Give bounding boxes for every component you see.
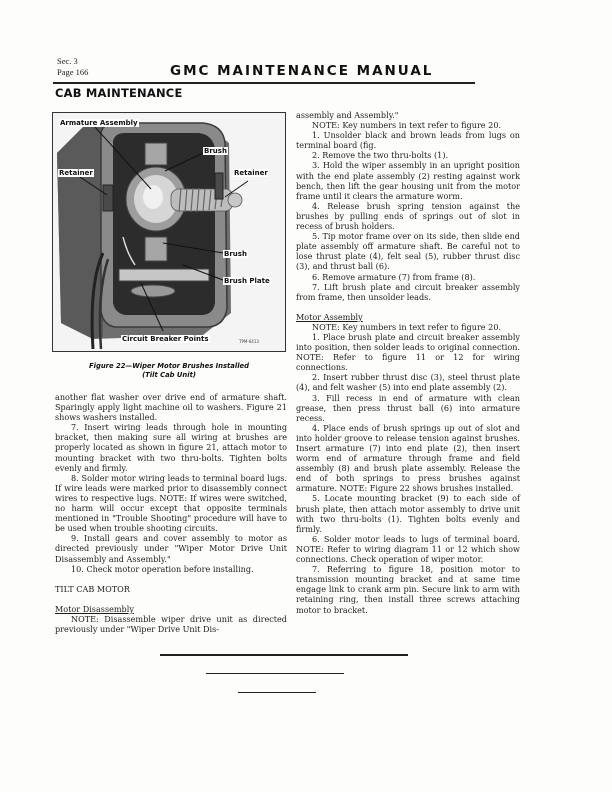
assembly-step-5: 5. Locate mounting bracket (9) to each s…: [296, 493, 520, 533]
figure-code: TPM-6413: [239, 339, 259, 344]
assembly-step-7: 7. Referring to figure 18, position moto…: [296, 564, 520, 614]
header-rule: [53, 82, 475, 84]
step-8: 8. Solder motor wiring leads to terminal…: [55, 473, 287, 534]
figure-caption: Figure 22—Wiper Motor Brushes Installed …: [52, 362, 286, 379]
label-brush-bottom: Brush: [223, 250, 248, 258]
end-rule-short: [238, 692, 316, 693]
disassembly-step-2: 2. Remove the two thru-bolts (1).: [296, 150, 520, 160]
motor-assembly-heading: Motor Assembly: [296, 312, 520, 322]
disassembly-note: NOTE: Disassemble wiper drive unit as di…: [55, 614, 287, 634]
caption-subtitle: (Tilt Cab Unit): [52, 371, 286, 380]
left-column: another flat washer over drive end of ar…: [55, 392, 287, 634]
label-brush-plate: Brush Plate: [223, 277, 271, 285]
step-10: 10. Check motor operation before install…: [55, 564, 287, 574]
page-number: Page 166: [57, 67, 88, 78]
section-number: Sec. 3: [57, 56, 88, 67]
section-title: CAB MAINTENANCE: [55, 86, 183, 100]
disassembly-step-5: 5. Tip motor frame over on its side, the…: [296, 231, 520, 271]
disassembly-step-4: 4. Release brush spring tension against …: [296, 201, 520, 231]
label-brush-top: Brush: [203, 147, 228, 155]
caption-title: Figure 22—Wiper Motor Brushes Installed: [52, 362, 286, 371]
label-retainer-right: Retainer: [233, 169, 269, 177]
tilt-cab-motor-heading: TILT CAB MOTOR: [55, 584, 287, 594]
assembly-step-4: 4. Place ends of brush springs up out of…: [296, 423, 520, 494]
disassembly-step-6: 6. Remove armature (7) from frame (8).: [296, 272, 520, 282]
disassembly-step-7: 7. Lift brush plate and circuit breaker …: [296, 282, 520, 302]
disassembly-step-1: 1. Unsolder black and brown leads from l…: [296, 130, 520, 150]
wiper-motor-illustration: [53, 113, 285, 351]
manual-page: Sec. 3 Page 166 GMC MAINTENANCE MANUAL C…: [0, 0, 612, 792]
end-rule-medium: [206, 673, 344, 674]
label-retainer-left: Retainer: [58, 169, 94, 177]
page-reference: Sec. 3 Page 166: [57, 56, 88, 77]
assembly-step-6: 6. Solder motor leads to lugs of termina…: [296, 534, 520, 564]
step-9: 9. Install gears and cover assembly to m…: [55, 533, 287, 563]
label-armature-assembly: Armature Assembly: [59, 119, 139, 127]
assembly-key-note: NOTE: Key numbers in text refer to figur…: [296, 322, 520, 332]
manual-title: GMC MAINTENANCE MANUAL: [170, 63, 433, 79]
figure-wiper-motor-photo: Armature Assembly Brush Retainer Retaine…: [52, 112, 286, 352]
right-column: assembly and Assembly." NOTE: Key number…: [296, 110, 520, 615]
paragraph-continued: another flat washer over drive end of ar…: [55, 392, 287, 422]
disassembly-step-3: 3. Hold the wiper assembly in an upright…: [296, 160, 520, 200]
assembly-step-3: 3. Fill recess in end of armature with c…: [296, 393, 520, 423]
step-7: 7. Insert wiring leads through hole in m…: [55, 422, 287, 472]
paragraph-continued-right: assembly and Assembly.": [296, 110, 520, 120]
end-rule-long: [160, 654, 408, 656]
assembly-step-2: 2. Insert rubber thrust disc (3), steel …: [296, 372, 520, 392]
motor-disassembly-heading: Motor Disassembly: [55, 604, 287, 614]
label-circuit-breaker-points: Circuit Breaker Points: [121, 335, 210, 343]
assembly-step-1: 1. Place brush plate and circuit breaker…: [296, 332, 520, 372]
disassembly-key-note: NOTE: Key numbers in text refer to figur…: [296, 120, 520, 130]
